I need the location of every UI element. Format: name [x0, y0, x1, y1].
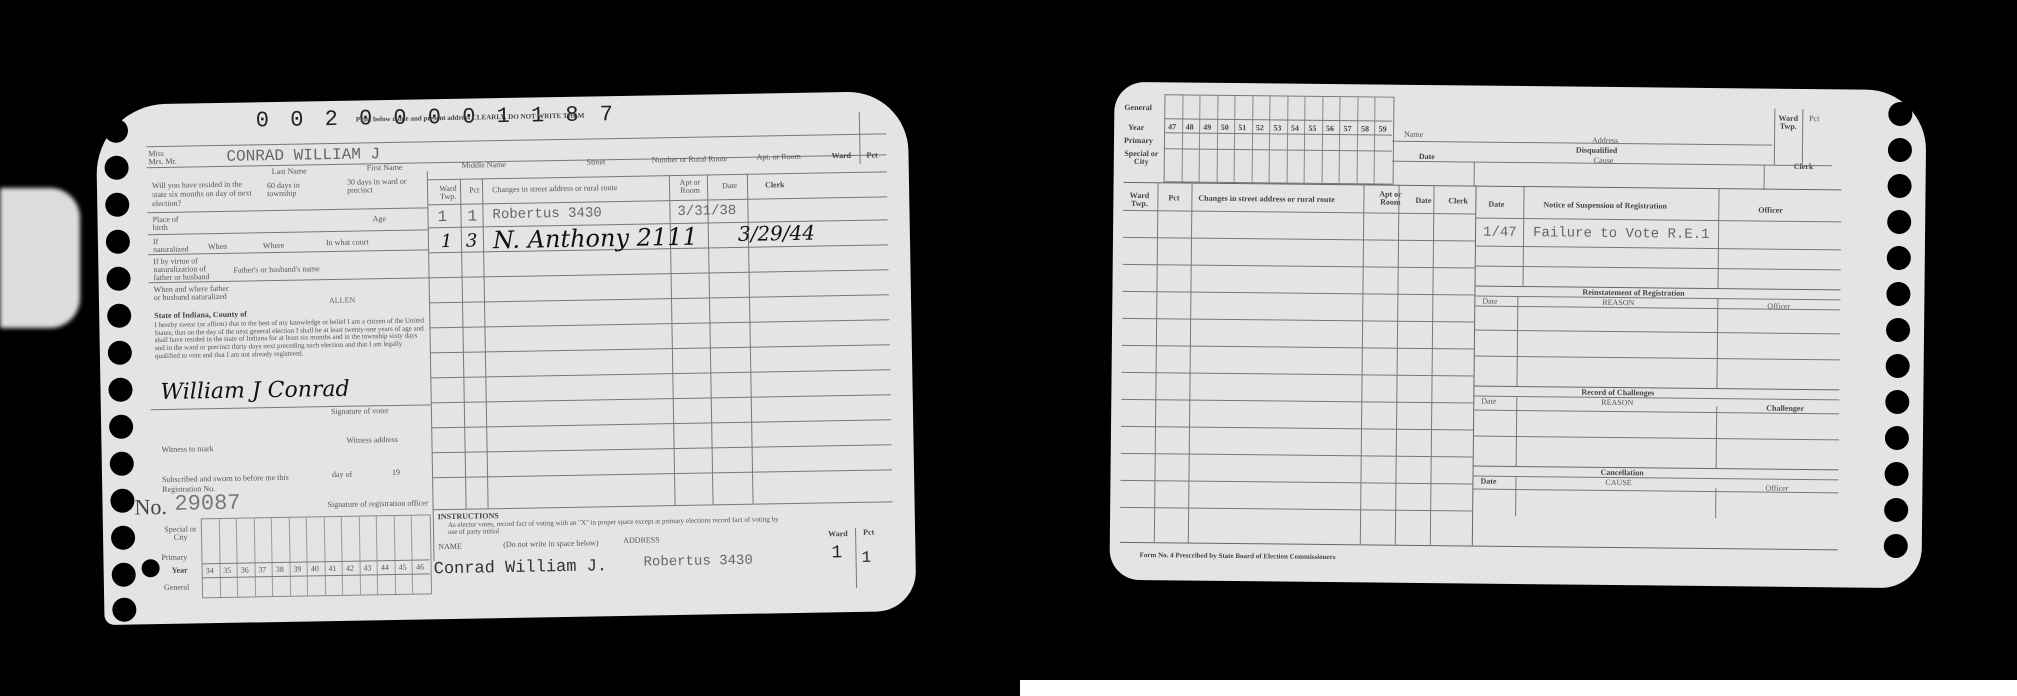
back-col-ward: Ward Twp. — [1125, 192, 1153, 208]
punch-hole — [107, 304, 131, 328]
rule — [1715, 488, 1716, 518]
back-grid-label-general: General — [1124, 104, 1152, 112]
street-label: Street — [587, 158, 606, 166]
punch-hole — [108, 378, 132, 402]
rule — [1120, 480, 1472, 485]
ward-label: Ward — [831, 152, 851, 160]
rule — [1121, 426, 1473, 431]
witness-address-label: Witness address — [346, 436, 398, 445]
year-cell: 38 — [272, 518, 291, 596]
last-name-label: Last Name — [272, 167, 307, 176]
rule — [1473, 386, 1839, 391]
rule — [1120, 542, 1838, 551]
stub-address: Robertus 3430 — [643, 554, 752, 570]
rule — [1473, 396, 1839, 401]
rule — [855, 528, 857, 588]
punch-hole-small — [141, 559, 159, 577]
year-cell: 42 — [342, 517, 361, 595]
rule — [460, 179, 467, 509]
rule — [1473, 476, 1839, 481]
ward-question: 30 days in ward or precinct — [347, 178, 407, 195]
col-date: Date — [722, 182, 737, 190]
rule — [431, 394, 891, 403]
susp-col-officer: Officer — [1758, 207, 1783, 215]
township-question: 60 days in township — [267, 181, 317, 198]
susp-notice: Failure to Vote R.E.1 — [1533, 226, 1710, 242]
subscribed-label: Subscribed and sworn to before me this — [162, 474, 289, 484]
punch-hole — [1886, 318, 1910, 342]
form-footer: Form No. 4 Prescribed by State Board of … — [1140, 552, 1336, 561]
rule — [1121, 399, 1473, 404]
rule — [432, 444, 892, 453]
year-cell: 36 — [237, 518, 256, 596]
row2-date: 3/29/44 — [738, 223, 815, 244]
punch-hole — [1884, 498, 1908, 522]
grid-label-year: Year — [172, 567, 188, 575]
court-label: In what court — [326, 238, 369, 247]
oath-text: I hereby swear (or affirm) that to the b… — [154, 317, 425, 360]
rule — [1716, 298, 1718, 388]
residence-question: Will you have resided in the state six m… — [152, 180, 252, 208]
rule — [1122, 318, 1474, 323]
rule — [433, 501, 893, 510]
row1-date: 3/31/38 — [677, 204, 736, 219]
rule — [1124, 182, 1842, 191]
year-cell: 51 — [1235, 96, 1253, 182]
rule — [859, 112, 861, 164]
back-pct-label: Pct — [1809, 115, 1819, 123]
rule — [1516, 296, 1518, 386]
year-cell: 52 — [1252, 96, 1270, 182]
back-col-changes: Changes in street address or rural route — [1198, 195, 1334, 204]
punch-hole — [112, 597, 136, 621]
year-cell: 48 — [1182, 95, 1200, 181]
col-ward: Ward Twp. — [433, 185, 463, 202]
grid-label-general: General — [164, 584, 189, 592]
year-cell: 40 — [307, 517, 326, 595]
back-col-date: Date — [1415, 197, 1431, 205]
year-cell: 57 — [1340, 97, 1358, 183]
rule — [1716, 406, 1718, 468]
punch-hole — [1885, 426, 1909, 450]
rule — [1123, 210, 1475, 215]
rule — [1764, 165, 1765, 190]
col-clerk: Clerk — [765, 181, 785, 189]
no-write-label: (Do not write in space below) — [503, 539, 598, 549]
stub-ward-label: Ward — [828, 530, 848, 538]
grid-label-primary: Primary — [161, 554, 187, 562]
when-label: When — [208, 243, 227, 251]
punch-hole — [110, 489, 134, 513]
year-cell: 41 — [325, 517, 344, 595]
back-ward-label: Ward Twp. — [1778, 115, 1798, 131]
susp-date: 1/47 — [1483, 226, 1517, 240]
rule — [1122, 372, 1474, 377]
voter-signature: William J Conrad — [160, 379, 349, 404]
punch-hole — [109, 415, 133, 439]
naturalized-label: If naturalized — [153, 237, 193, 254]
punch-hole — [104, 119, 128, 143]
punch-hole — [1887, 174, 1911, 198]
rule — [1718, 188, 1720, 288]
instructions-text: As elector votes, record fact of voting … — [448, 516, 788, 536]
col-changes: Changes in street address or rural route — [492, 184, 617, 194]
rule — [430, 369, 890, 378]
rule — [427, 196, 887, 205]
virtue-label: If by virtue of naturalization of father… — [153, 257, 223, 282]
year-cell: 39 — [289, 517, 308, 595]
year-cell: 34 — [202, 519, 221, 597]
signature-officer-label: Signature of registration officer — [327, 499, 428, 509]
name-label: NAME — [438, 543, 462, 551]
row2-ward: 1 — [441, 233, 453, 251]
stub-name: Conrad William J. — [434, 558, 608, 578]
rule — [707, 174, 714, 504]
registration-number: 29087 — [174, 493, 240, 516]
rule — [427, 171, 887, 180]
rule — [1774, 109, 1776, 165]
rule — [1121, 453, 1473, 458]
age-label: Age — [372, 215, 385, 223]
year-cell: 59 — [1375, 97, 1393, 183]
stub-ward: 1 — [831, 544, 842, 562]
year-cell: 45 — [395, 516, 414, 594]
back-grid-label-special: Special or City — [1124, 150, 1159, 166]
middle-name-label: Middle Name — [462, 161, 506, 170]
row1-pct: 1 — [467, 208, 477, 224]
rule — [1802, 109, 1804, 165]
rule — [1515, 476, 1516, 516]
scan-edge-white — [1020, 680, 2017, 696]
address-label: ADDRESS — [623, 536, 660, 545]
card-tab-blur — [0, 188, 80, 328]
rule — [1474, 356, 1840, 361]
canc-col-date: Date — [1480, 478, 1496, 486]
rule — [147, 207, 427, 213]
year-cell: 46 — [412, 515, 431, 593]
row1-ward: 1 — [437, 209, 447, 225]
year-cell: 56 — [1322, 97, 1340, 183]
back-date-label: Date — [1419, 153, 1435, 161]
punch-hole — [112, 562, 136, 586]
punch-hole — [110, 452, 134, 476]
title-label: Miss Mrs. Mr. — [148, 150, 178, 167]
registration-card-back: General Year Primary Special or City 47 … — [1109, 82, 1926, 588]
col-pct: Pct — [469, 186, 479, 194]
place-of-birth-label: Place of birth — [152, 215, 192, 232]
registration-card-front: 0 0 2 0 0 0 0 1 1 8 7 Print below name a… — [96, 91, 917, 625]
row1-address: Robertus 3430 — [492, 206, 601, 222]
punch-hole — [1884, 534, 1908, 558]
witness-label: Witness to mark — [161, 445, 213, 454]
when-where-label: When and where father or husband natural… — [154, 285, 234, 302]
punch-hole — [104, 156, 128, 180]
susp-col-notice: Notice of Suspension of Registration — [1543, 201, 1667, 210]
rule — [482, 178, 489, 508]
punch-hole — [1886, 354, 1910, 378]
rule — [1473, 466, 1839, 471]
punch-hole — [106, 230, 130, 254]
rule — [429, 294, 889, 303]
signature-label: Signature of voter — [331, 407, 389, 416]
punch-hole — [106, 267, 130, 291]
back-col-clerk: Clerk — [1448, 197, 1468, 205]
stub-pct: 1 — [861, 550, 871, 566]
day-of-label: day of — [332, 471, 352, 479]
back-grid-label-year: Year — [1128, 124, 1144, 132]
rule — [1123, 237, 1475, 242]
year-cell: 43 — [360, 516, 379, 594]
back-name-label: Name — [1404, 131, 1423, 139]
rule — [429, 319, 889, 328]
where-label: Where — [263, 242, 284, 250]
rule — [1473, 436, 1839, 441]
year-cell: 47 — [1165, 95, 1183, 181]
chal-col-reason: REASON — [1601, 399, 1633, 407]
rule — [431, 419, 891, 428]
year-cell: 37 — [254, 518, 273, 596]
punch-hole — [1886, 282, 1910, 306]
registration-no-prefix: No. — [134, 496, 167, 519]
year-cell: 44 — [377, 516, 396, 594]
punch-hole — [1888, 102, 1912, 126]
rule — [1475, 246, 1841, 251]
year-cell: 49 — [1200, 96, 1218, 182]
rule — [1516, 396, 1518, 466]
punch-hole — [1887, 246, 1911, 270]
rule — [1523, 186, 1525, 286]
pct-label: Pct — [866, 151, 877, 159]
punch-hole — [1885, 390, 1909, 414]
punch-hole — [1884, 462, 1908, 486]
canc-col-cause: CAUSE — [1605, 479, 1631, 487]
rule — [429, 269, 889, 278]
name-typed: CONRAD WILLIAM J — [226, 146, 380, 165]
punch-hole — [108, 341, 132, 365]
rule — [1123, 264, 1475, 269]
col-apt: Apt or Room — [675, 179, 705, 196]
back-col-pct: Pct — [1168, 194, 1179, 202]
punch-hole — [105, 193, 129, 217]
rule — [430, 344, 890, 353]
punch-hole — [1887, 210, 1911, 234]
susp-col-date: Date — [1488, 201, 1504, 209]
rule — [1474, 330, 1840, 335]
chal-col-date: Date — [1481, 398, 1496, 406]
punch-hole — [1888, 138, 1912, 162]
back-col-apt: Apt or Room — [1375, 190, 1405, 206]
punch-hole — [111, 526, 135, 550]
year-cell: 55 — [1305, 97, 1323, 183]
county-value: ALLEN — [329, 297, 355, 305]
stub-pct-label: Pct — [863, 529, 874, 537]
row2-address: N. Anthony 2111 — [493, 225, 698, 253]
reinst-col-date: Date — [1482, 298, 1497, 306]
oath-title: State of Indiana, County of — [154, 311, 247, 321]
rule — [1475, 218, 1841, 223]
year-cell: 50 — [1217, 96, 1235, 182]
rule — [1120, 507, 1472, 512]
rule — [1475, 266, 1841, 271]
rule — [1122, 345, 1474, 350]
back-vote-grid: 47 48 49 50 51 52 53 54 55 56 57 58 59 — [1164, 94, 1395, 184]
year-cell: 53 — [1270, 96, 1288, 182]
back-grid-label-primary: Primary — [1124, 137, 1153, 145]
rule — [146, 133, 886, 147]
first-name-label: First Name — [367, 164, 403, 173]
rule — [1122, 291, 1474, 296]
number-route-label: Number or Rural Route — [652, 155, 728, 164]
year-prefix: 19 — [392, 469, 400, 477]
row2-pct: 3 — [466, 232, 478, 250]
grid-label-special: Special or City — [163, 525, 198, 542]
apt-room-label: Apt. or Room — [756, 153, 800, 162]
rule — [432, 469, 892, 478]
rule — [1474, 162, 1475, 187]
front-vote-grid: 34 35 36 37 38 39 40 41 42 43 44 45 46 — [201, 514, 432, 598]
back-disqualified-label: Disqualified — [1576, 147, 1617, 155]
year-cell: 54 — [1287, 97, 1305, 183]
father-name-label: Father's or husband's name — [233, 265, 319, 275]
year-cell: 35 — [219, 519, 238, 597]
year-cell: 58 — [1358, 97, 1376, 183]
